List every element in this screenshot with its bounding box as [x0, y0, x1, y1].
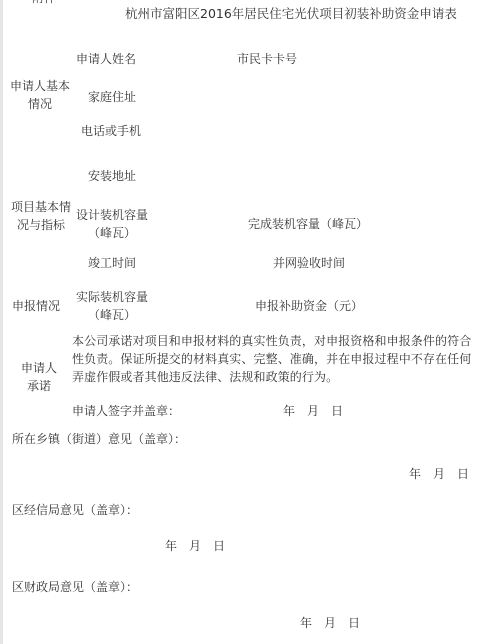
commitment-text: 本公司承诺对项目和申报材料的真实性负责，对申报资格和申报条件的符合性负责。保证所… [72, 332, 472, 386]
design-capacity-label-line1: 设计装机容量 [74, 206, 150, 224]
year-label: 年 [283, 402, 295, 420]
day-label: 日 [213, 537, 225, 555]
finance-bureau-date: 年月日 [300, 614, 360, 632]
completion-time-label: 竣工时间 [88, 254, 136, 272]
township-opinion-label: 所在乡镇（街道）意见（盖章）： [12, 430, 186, 448]
subsidy-amount-label: 申报补助资金（元） [255, 297, 363, 315]
section-label-line2: 承诺 [14, 377, 64, 395]
month-label: 月 [307, 402, 319, 420]
left-edge-divider [0, 0, 3, 644]
section-label-line2: 情况 [8, 95, 72, 113]
year-label: 年 [300, 614, 312, 632]
design-capacity-label-line2: （峰瓦） [74, 224, 150, 242]
year-label: 年 [165, 537, 177, 555]
month-label: 月 [433, 465, 445, 483]
actual-capacity-label-line1: 实际装机容量 [74, 288, 150, 306]
attachment-label: 附件 [32, 0, 56, 7]
year-label: 年 [409, 465, 421, 483]
actual-capacity-label-line2: （峰瓦） [74, 306, 150, 324]
section-label-line1: 申请人 [14, 359, 64, 377]
day-label: 日 [348, 614, 360, 632]
grid-acceptance-time-label: 并网验收时间 [273, 254, 345, 272]
applicant-name-label: 申请人姓名 [76, 50, 136, 68]
township-date: 年月日 [409, 465, 469, 483]
phone-label: 电话或手机 [81, 122, 141, 140]
month-label: 月 [324, 614, 336, 632]
section-label-line1: 项目基本情 [8, 198, 74, 216]
month-label: 月 [189, 537, 201, 555]
finance-bureau-opinion-label: 区财政局意见（盖章）： [12, 578, 138, 596]
install-address-label: 安装地址 [88, 167, 136, 185]
section-label: 申报情况 [12, 297, 60, 315]
signature-date: 年月日 [283, 402, 343, 420]
day-label: 日 [457, 465, 469, 483]
economy-bureau-date: 年月日 [165, 537, 225, 555]
page-title: 杭州市富阳区2016年居民住宅光伏项目初装补助资金申请表 [125, 5, 457, 23]
day-label: 日 [331, 402, 343, 420]
section-label-line1: 申请人基本 [8, 77, 72, 95]
economy-bureau-opinion-label: 区经信局意见（盖章）： [12, 501, 138, 519]
home-address-label: 家庭住址 [88, 88, 136, 106]
signature-label: 申请人签字并盖章： [72, 402, 180, 420]
section-label-line2: 况与指标 [8, 216, 74, 234]
citizen-card-label: 市民卡卡号 [237, 50, 297, 68]
completed-capacity-label: 完成装机容量（峰瓦） [248, 215, 368, 233]
